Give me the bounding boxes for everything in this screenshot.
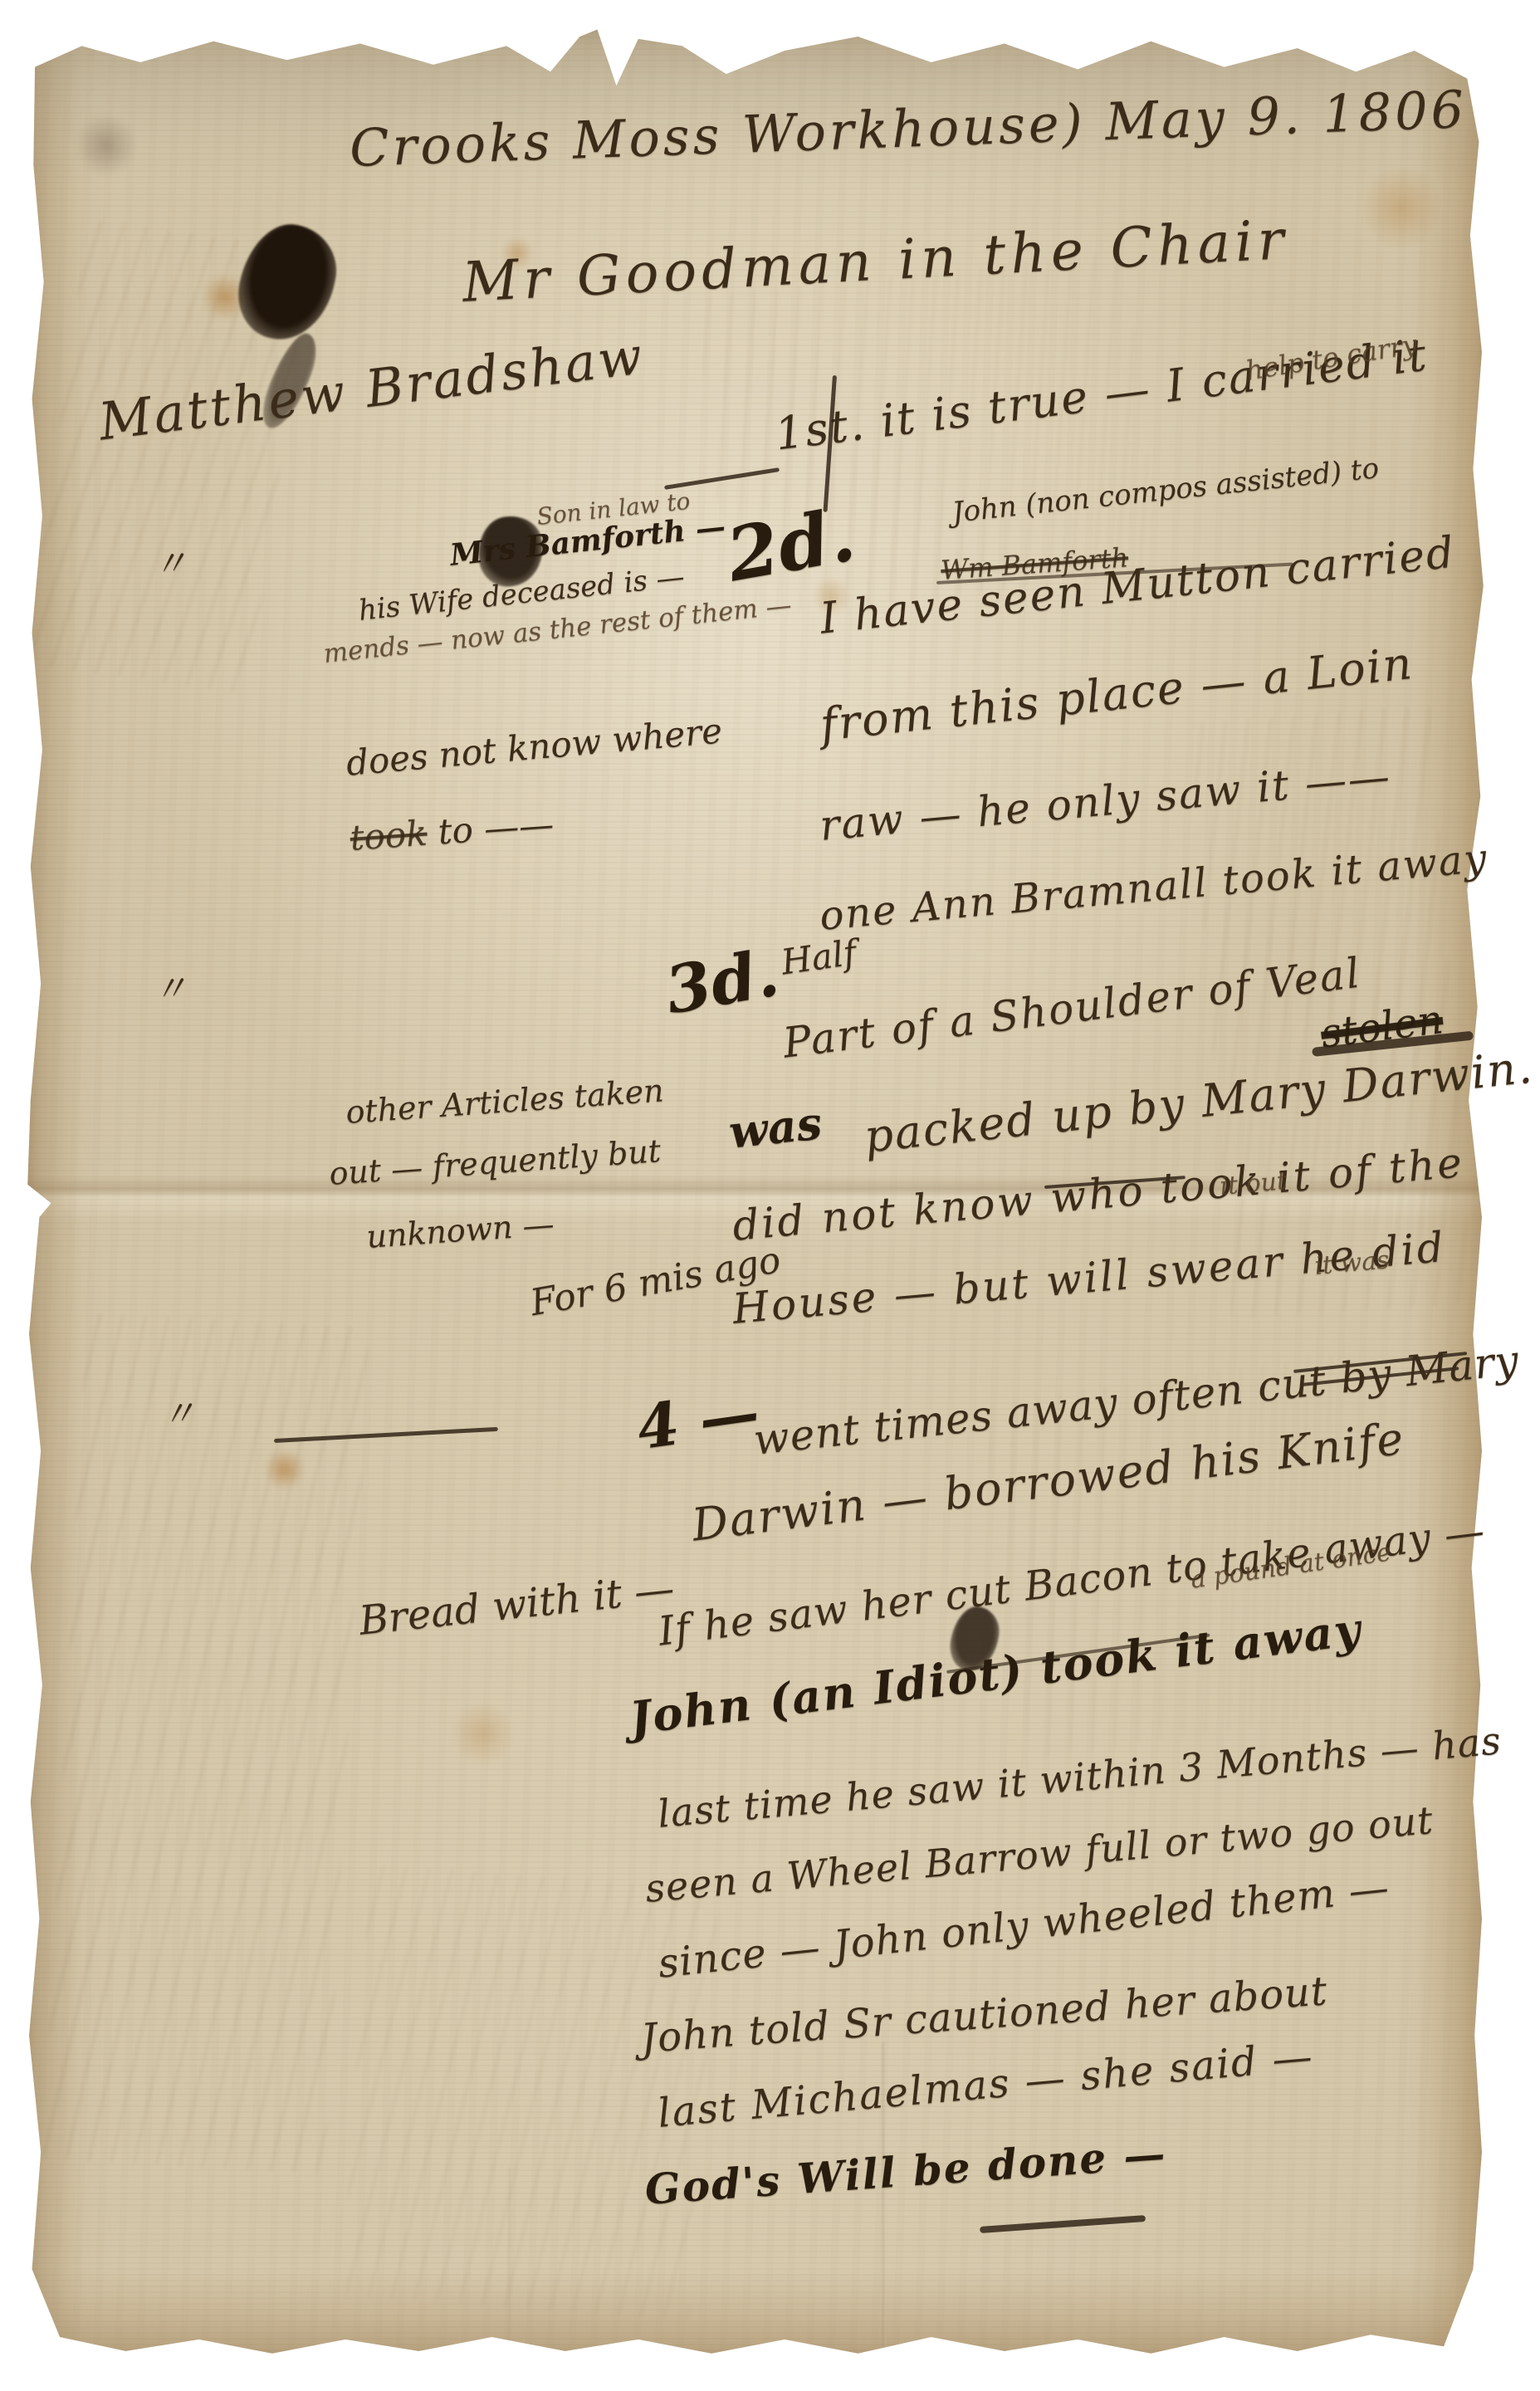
rust-stain xyxy=(264,1449,306,1490)
ink-blot xyxy=(230,216,345,349)
gray-smudge xyxy=(73,116,139,174)
rust-stain xyxy=(1360,166,1443,249)
rust-stain xyxy=(451,1702,514,1765)
ditto-mark: 〃 xyxy=(159,1386,198,1438)
fold-crease-vertical xyxy=(509,2167,511,2358)
ditto-mark: 〃 xyxy=(151,535,189,588)
testimony-line: was xyxy=(726,1096,824,1158)
ditto-mark: 〃 xyxy=(151,961,189,1013)
strikethrough-text: took xyxy=(349,813,428,858)
interlinear-note: it out xyxy=(1219,1166,1288,1201)
bleedthrough-ghost xyxy=(43,1313,369,2173)
scanned-document: Crooks Moss Workhouse) May 9. 1806 Mr Go… xyxy=(0,0,1540,2391)
